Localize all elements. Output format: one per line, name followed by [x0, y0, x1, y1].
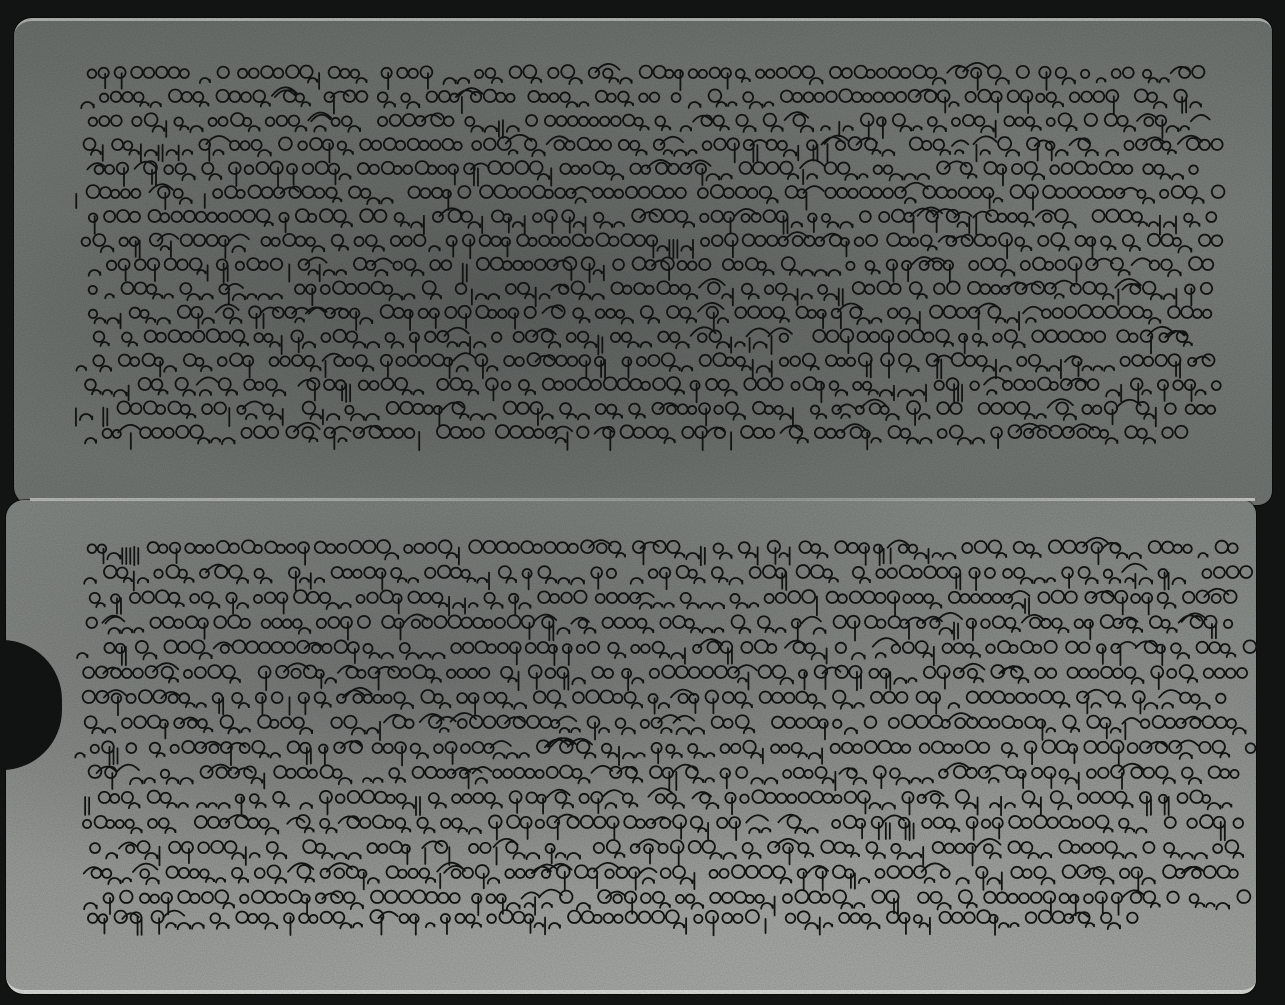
- manuscript-line: [89, 112, 1210, 138]
- manuscript-line: [88, 538, 1238, 566]
- manuscript-line: [83, 815, 1243, 841]
- manuscript-line: [88, 63, 1205, 90]
- manuscript-line: [94, 327, 1192, 355]
- manuscript-line: [89, 207, 1216, 234]
- manuscript-line: [89, 279, 1212, 306]
- manuscript-line: [86, 613, 1232, 641]
- manuscript-line: [85, 423, 1187, 450]
- manuscript-line: [85, 788, 1231, 815]
- top-leaf-text: [76, 63, 1224, 450]
- manuscript-line: [76, 399, 1215, 426]
- manuscript-line: [87, 160, 1198, 186]
- manuscript-line: [89, 303, 1211, 330]
- manuscript-line: [85, 377, 1221, 402]
- manuscript-line: [83, 688, 1226, 715]
- manuscript-line: [90, 589, 1237, 616]
- manuscript-line: [84, 135, 1223, 163]
- manuscript-line: [76, 183, 1224, 210]
- manuscript-line: [83, 663, 1247, 690]
- manuscript-line: [81, 87, 1201, 113]
- manuscript-line: [75, 738, 1255, 765]
- manuscript-line: [84, 564, 1252, 591]
- manuscript-line: [82, 232, 1223, 258]
- manuscript-photo: Burmese (Myanmar): [0, 0, 1285, 1005]
- manuscript-line: [88, 910, 1138, 935]
- manuscript-line: [84, 863, 1238, 891]
- bottom-leaf-text: [75, 538, 1256, 936]
- manuscript-line: [89, 763, 1239, 790]
- manuscript-line: [77, 638, 1256, 665]
- handwritten-script: [0, 0, 1285, 1005]
- manuscript-line: [89, 257, 1214, 282]
- manuscript-line: [85, 713, 1246, 740]
- manuscript-line: [90, 839, 1243, 866]
- manuscript-line: [77, 353, 1215, 378]
